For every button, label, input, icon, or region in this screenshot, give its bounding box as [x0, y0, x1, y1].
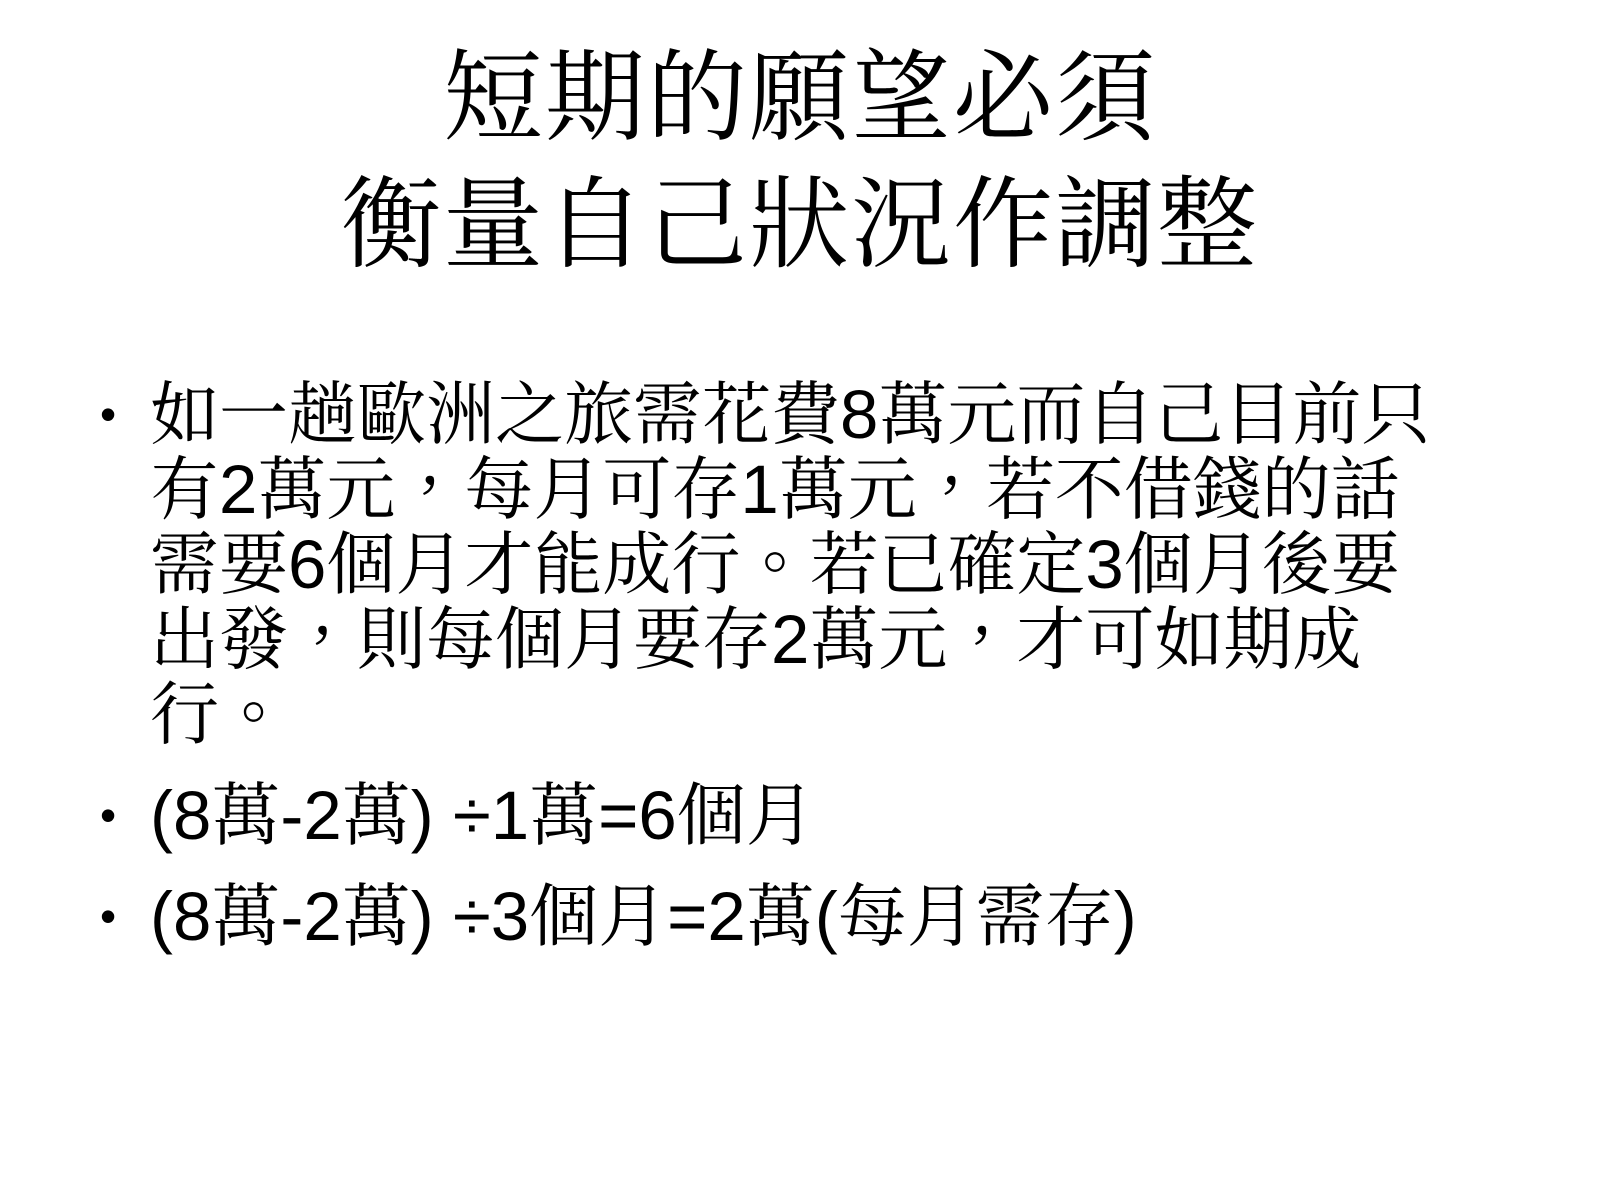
bullet-item-2: • (8萬-2萬) ÷1萬=6個月: [100, 778, 1600, 853]
presentation-slide: 短期的願望必須 衡量自己狀況作調整 • 如一趟歐洲之旅需花費8萬元而自己目前只有…: [0, 0, 1600, 1200]
slide-title-line-2: 衡量自己狀況作調整: [0, 162, 1600, 289]
bullet-list: • 如一趟歐洲之旅需花費8萬元而自己目前只有2萬元，每月可存1萬元，若不借錢的話…: [100, 377, 1600, 954]
bullet-text-3: (8萬-2萬) ÷3個月=2萬(每月需存): [150, 879, 1137, 954]
bullet-dot-icon: •: [100, 879, 150, 954]
bullet-item-3: • (8萬-2萬) ÷3個月=2萬(每月需存): [100, 879, 1600, 954]
bullet-dot-icon: •: [100, 778, 150, 853]
bullet-text-1: 如一趟歐洲之旅需花費8萬元而自己目前只有2萬元，每月可存1萬元，若不借錢的話需要…: [150, 377, 1450, 752]
bullet-item-1: • 如一趟歐洲之旅需花費8萬元而自己目前只有2萬元，每月可存1萬元，若不借錢的話…: [100, 377, 1600, 752]
slide-title-line-1: 短期的願望必須: [0, 35, 1600, 162]
slide-title: 短期的願望必須 衡量自己狀況作調整: [0, 35, 1600, 289]
bullet-text-2: (8萬-2萬) ÷1萬=6個月: [150, 778, 815, 853]
bullet-dot-icon: •: [100, 377, 150, 452]
